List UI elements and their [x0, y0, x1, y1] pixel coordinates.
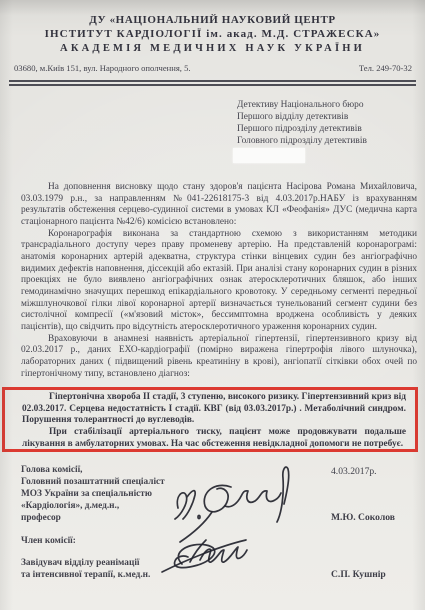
chair-signature	[168, 462, 304, 546]
chair-title-line: Голова комісії,	[21, 464, 165, 476]
chair-title-line: «Кардіологія», д.мед.н.,	[21, 500, 165, 512]
member-name: С.П. Кушнір	[331, 569, 386, 580]
letterhead-divider	[9, 80, 416, 86]
member-title-line: Завідувач відділу реанімації	[21, 557, 150, 569]
org-name-line3: АКАДЕМІЯ МЕДИЧНИХ НАУК УКРАЇНИ	[0, 43, 425, 54]
org-phone: Тел. 249-70-32	[359, 63, 412, 73]
body-paragraph: На доповнення висновку щодо стану здоров…	[21, 182, 417, 229]
member-signature	[148, 534, 260, 588]
member-heading: Член комісії:	[21, 536, 76, 546]
addressee-line: Детективу Національного бюро	[237, 99, 367, 111]
org-address: 03680, м.Київ 151, вул. Народного ополче…	[14, 63, 191, 73]
org-name-line1: ДУ «НАЦІОНАЛЬНИЙ НАУКОВИЙ ЦЕНТР	[0, 14, 425, 26]
addressee-line: Першого відділу детективів	[237, 111, 367, 123]
member-title-line: та інтенсивної терапії, к.мед.н.	[21, 569, 150, 581]
chair-name: М.Ю. Соколов	[331, 512, 395, 523]
diagnosis-recommendation: При стабілізації артеріального тиску, па…	[22, 427, 406, 450]
chair-title-line: МОЗ України за спеціальністю	[21, 488, 165, 500]
chair-title-line: професор	[21, 512, 165, 524]
chair-title-block: Голова комісії, Головний позаштатний спе…	[21, 464, 165, 524]
addressee-line: Головного підрозділу детективів	[237, 135, 367, 147]
letter-body: На доповнення висновку щодо стану здоров…	[21, 182, 417, 380]
body-paragraph: Коронарографія виконана за стандартною с…	[21, 229, 417, 334]
addressee-line: Першого підрозділу детективів	[237, 123, 367, 135]
signing-date: 4.03.2017р.	[331, 466, 377, 477]
chair-title-line: Головний позаштатний спеціаліст	[21, 476, 165, 488]
letterhead-contact-row: 03680, м.Київ 151, вул. Народного ополче…	[14, 63, 412, 73]
scanned-letter-page: ДУ «НАЦІОНАЛЬНИЙ НАУКОВИЙ ЦЕНТР ІНСТИТУТ…	[0, 0, 425, 610]
letterhead: ДУ «НАЦІОНАЛЬНИЙ НАУКОВИЙ ЦЕНТР ІНСТИТУТ…	[0, 14, 425, 54]
diagnosis-highlight-box: Гіпертонічна хвороба ІІ стадії, 3 ступен…	[2, 387, 418, 452]
org-name-line2: ІНСТИТУТ КАРДІОЛОГІЇ ім. акад. М.Д. СТРА…	[0, 28, 425, 40]
diagnosis-text: Гіпертонічна хвороба ІІ стадії, 3 ступен…	[22, 392, 406, 427]
body-paragraph: Враховуючи в анамнезі наявність артеріал…	[21, 334, 417, 381]
addressee-block: Детективу Національного бюро Першого від…	[237, 99, 367, 147]
redacted-name-box	[233, 148, 305, 163]
member-title-block: Завідувач відділу реанімації та інтенсив…	[21, 557, 150, 581]
